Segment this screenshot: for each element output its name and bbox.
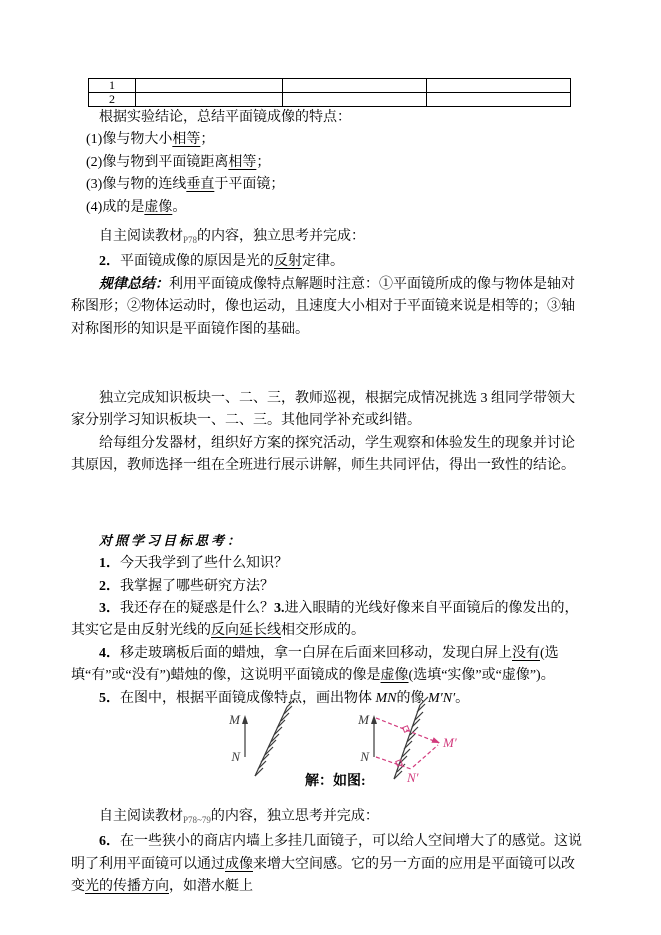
reflection-item-3: 3．我还存在的疑惑是什么？3.进入眼睛的光线好像来自平面镜后的像发出的，其实它是… <box>71 598 587 643</box>
table-cell <box>136 93 283 107</box>
reflection-heading: 对照学习目标思考： <box>71 530 587 553</box>
label-m-image: M′ <box>442 735 457 750</box>
table-cell <box>283 93 427 107</box>
experiment-conclusion-heading: 根据实验结论，总结平面镜成像的特点： <box>71 107 587 129</box>
reading-instruction-1: 自主阅读教材P78的内容，独立思考并完成： <box>71 226 587 251</box>
document-body: 根据实验结论，总结平面镜成像的特点： (1)像与物大小相等； (2)像与物到平面… <box>71 107 587 899</box>
label-m-left: M <box>228 712 241 727</box>
document-page: 1 2 根据实验结论，总结平面镜成像的特点： (1)像与物大小相等； (2)像与… <box>0 0 661 935</box>
object-labels: M N M N <box>228 712 370 764</box>
image-arrowhead <box>431 737 441 746</box>
question-4: 4．移走玻璃板后面的蜡烛，拿一白屏在后面来回移动，发现白屏上没有(选填“有”或“… <box>71 643 587 688</box>
rule-summary-paragraph: 规律总结：利用平面镜成像特点解题时注意：①平面镜所成的像与物体是轴对称图形；②物… <box>71 274 587 341</box>
activity-paragraph-1: 独立完成知识板块一、二、三，教师巡视，根据完成情况挑选 3 组同学带领大家分别学… <box>71 388 587 433</box>
solution-label: 解：如图: <box>305 771 366 793</box>
table-row: 1 <box>89 79 571 93</box>
answer-table: 1 2 <box>88 78 571 107</box>
mirror-and-object-lines <box>245 697 428 779</box>
row-number: 2 <box>89 93 136 107</box>
table-cell <box>427 79 571 93</box>
label-n-left: N <box>230 749 241 764</box>
reflection-item-2: 2．我掌握了哪些研究方法？ <box>71 576 587 598</box>
reading-instruction-2: 自主阅读教材P78~79的内容，独立思考并完成： <box>71 806 587 831</box>
question-6: 6．在一些狭小的商店内墙上多挂几面镜子，可以给人空间增大了的感觉。这说明了利用平… <box>71 831 587 898</box>
label-m-right: M <box>357 712 370 727</box>
table-row: 2 <box>89 93 571 107</box>
activity-paragraph-2: 给每组分发器材，组织好方案的探究活动，学生观察和体验发生的现象并讨论其原因，教师… <box>71 433 587 478</box>
image-labels: M′ N′ <box>406 735 457 785</box>
mirror-diagram: M N M N M′ <box>71 710 587 806</box>
reflection-item-1: 1．今天我学到了些什么知识？ <box>71 553 587 575</box>
row-number: 1 <box>89 79 136 93</box>
feature-item-2: (2)像与物到平面镜距离相等； <box>86 152 587 174</box>
table-cell <box>283 79 427 93</box>
feature-item-1: (1)像与物大小相等； <box>86 129 587 151</box>
table-cell <box>427 93 571 107</box>
feature-item-3: (3)像与物的连线垂直于平面镜； <box>86 174 587 196</box>
object-arrowheads <box>242 715 377 724</box>
question-2: 2．平面镜成像的原因是光的反射定律。 <box>71 251 587 273</box>
label-n-image: N′ <box>406 770 419 785</box>
label-n-right: N <box>359 749 370 764</box>
table-cell <box>136 79 283 93</box>
feature-item-4: (4)成的是虚像。 <box>86 197 587 219</box>
